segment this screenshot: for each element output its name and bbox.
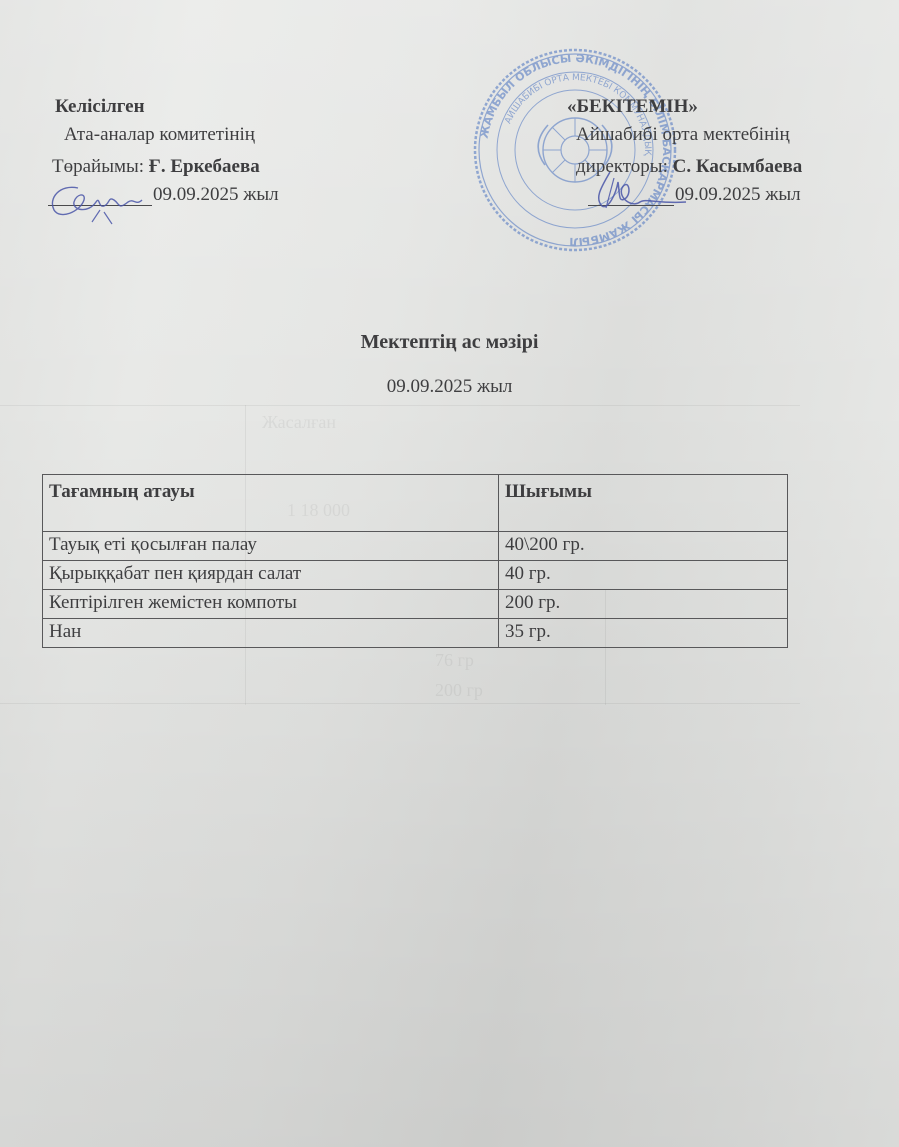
chairperson-role: Төрайымы:: [52, 156, 144, 177]
bleed-through-line: [0, 703, 800, 704]
table-row: Тауық еті қосылған палау 40\200 гр.: [43, 532, 788, 561]
dish-yield-cell: 200 гр.: [499, 590, 788, 619]
official-stamp-icon: ЖАМБЫЛ ОБЛЫСЫ ӘКІМДІГІНІҢ БІЛІМ БАСҚАРМА…: [470, 45, 680, 255]
column-header-yield: Шығымы: [499, 475, 788, 532]
bleed-through-line: [0, 405, 800, 406]
dish-name-cell: Тауық еті қосылған палау: [43, 532, 499, 561]
document-title: Мектептің ас мәзірі: [0, 331, 899, 354]
chairperson-signature-icon: [40, 176, 150, 226]
director-name: С. Касымбаева: [673, 156, 803, 177]
agreed-heading: Келісілген: [55, 96, 145, 118]
table-row: Нан 35 гр.: [43, 619, 788, 648]
dish-name-cell: Қырыққабат пен қиярдан салат: [43, 561, 499, 590]
school-name-label: Айшабибі орта мектебінің: [576, 124, 790, 146]
dish-yield-cell: 40 гр.: [499, 561, 788, 590]
dish-name-cell: Нан: [43, 619, 499, 648]
table-row: Қырыққабат пен қиярдан салат 40 гр.: [43, 561, 788, 590]
bleed-through-text: Жасалған: [262, 412, 336, 433]
chairperson-date: 09.09.2025 жыл: [153, 184, 279, 206]
bleed-through-text: 200 гр: [435, 680, 483, 701]
director-signature-icon: [588, 168, 688, 216]
chairperson-name: Ғ. Еркебаева: [149, 156, 260, 177]
table-header-row: Тағамның атауы Шығымы: [43, 475, 788, 532]
chairperson-line: Төрайымы: Ғ. Еркебаева: [52, 156, 260, 178]
table-row: Кептірілген жемістен компоты 200 гр.: [43, 590, 788, 619]
column-header-dish-name: Тағамның атауы: [43, 475, 499, 532]
director-date: 09.09.2025 жыл: [675, 184, 801, 206]
bleed-through-text: 76 гр: [435, 650, 474, 671]
document-date: 09.09.2025 жыл: [0, 376, 899, 398]
approved-heading: «БЕКІТЕМІН»: [567, 96, 698, 118]
menu-table: Тағамның атауы Шығымы Тауық еті қосылған…: [42, 474, 788, 648]
dish-yield-cell: 40\200 гр.: [499, 532, 788, 561]
dish-yield-cell: 35 гр.: [499, 619, 788, 648]
dish-name-cell: Кептірілген жемістен компоты: [43, 590, 499, 619]
parent-committee-label: Ата-аналар комитетінің: [64, 124, 255, 146]
